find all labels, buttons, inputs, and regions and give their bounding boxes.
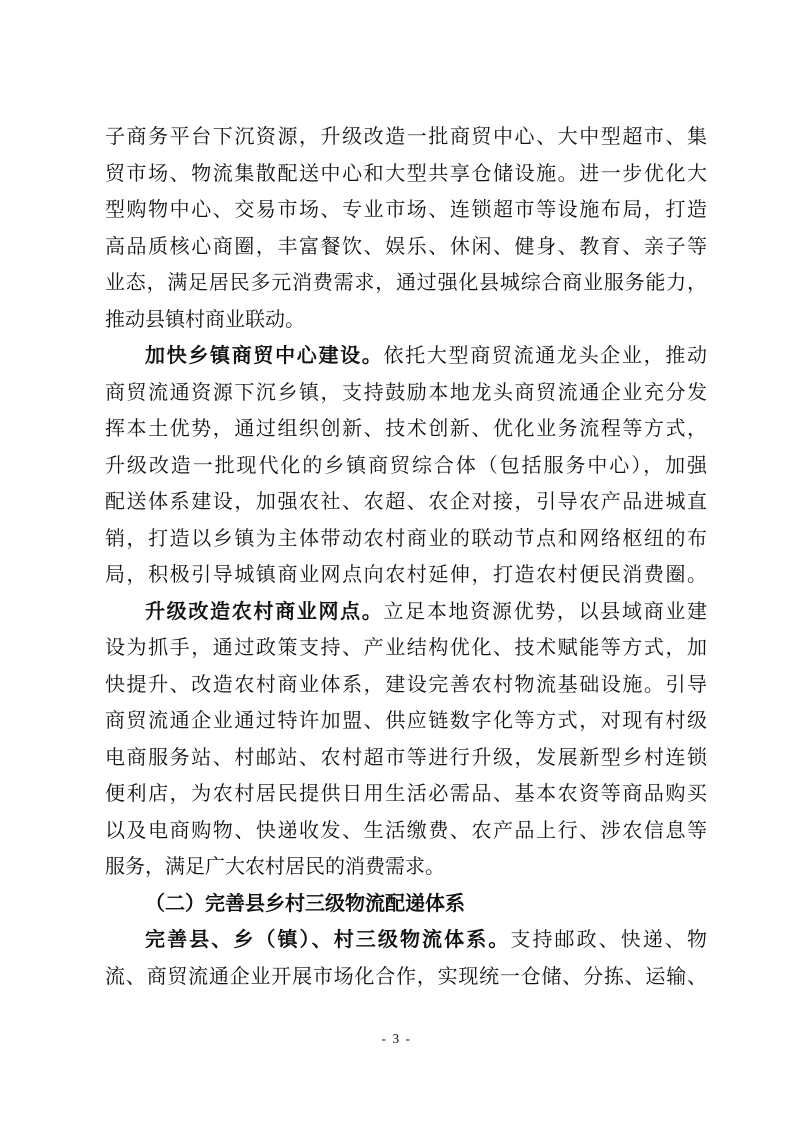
text-run: 子商务平台下沉资源，升级改造一批商贸中心、大中型超市、集 [105,126,707,148]
text-line: 型购物中心、交易市场、专业市场、连锁超市等设施布局，打造 [105,192,707,229]
text-run: 业态，满足居民多元消费需求，通过强化县城综合商业服务能力， [105,272,707,294]
text-line: 设为抓手，通过政策支持、产业结构优化、技术赋能等方式，加 [105,630,707,667]
bold-run: 完善县、乡（镇）、村三级物流体系。 [145,929,510,951]
document-page: 子商务平台下沉资源，升级改造一批商贸中心、大中型超市、集贸市场、物流集散配送中心… [0,0,793,1122]
text-line: 配送体系建设，加强农社、农超、农企对接，引导农产品进城直 [105,484,707,521]
text-line: 加快乡镇商贸中心建设。依托大型商贸流通龙头企业，推动 [105,338,707,375]
text-run: 推动县镇村商业联动。 [105,309,305,331]
text-run: 贸市场、物流集散配送中心和大型共享仓储设施。进一步优化大 [105,163,707,185]
text-run: 以及电商购物、快递收发、生活缴费、农产品上行、涉农信息等 [105,820,707,842]
bold-run: 升级改造农村商业网点。 [145,601,383,623]
text-line: 便利店，为农村居民提供日用生活必需品、基本农资等商品购买 [105,776,707,813]
bold-run: （二）完善县乡村三级物流配递体系 [145,893,465,915]
text-line: 以及电商购物、快递收发、生活缴费、农产品上行、涉农信息等 [105,813,707,850]
text-run: 电商服务站、村邮站、农村超市等进行升级，发展新型乡村连锁 [105,747,707,769]
text-run: 挥本土优势，通过组织创新、技术创新、优化业务流程等方式， [105,418,707,440]
text-run: 商贸流通企业通过特许加盟、供应链数字化等方式，对现有村级 [105,710,707,732]
text-run: 高品质核心商圈，丰富餐饮、娱乐、休闲、健身、教育、亲子等 [105,236,707,258]
text-run: 便利店，为农村居民提供日用生活必需品、基本农资等商品购买 [105,783,707,805]
text-line: 子商务平台下沉资源，升级改造一批商贸中心、大中型超市、集 [105,119,707,156]
text-run: 立足本地资源优势，以县域商业建 [383,601,707,623]
text-line: 商贸流通资源下沉乡镇，支持鼓励本地龙头商贸流通企业充分发 [105,375,707,412]
text-line: 商贸流通企业通过特许加盟、供应链数字化等方式，对现有村级 [105,703,707,740]
text-line: 推动县镇村商业联动。 [105,302,707,339]
text-line: 局，积极引导城镇商业网点向农村延伸，打造农村便民消费圈。 [105,557,707,594]
text-run: 依托大型商贸流通龙头企业，推动 [383,345,707,367]
text-run: 设为抓手，通过政策支持、产业结构优化、技术赋能等方式，加 [105,637,707,659]
text-run: 商贸流通资源下沉乡镇，支持鼓励本地龙头商贸流通企业充分发 [105,382,707,404]
heading-line: （二）完善县乡村三级物流配递体系 [105,886,707,923]
text-line: 挥本土优势，通过组织创新、技术创新、优化业务流程等方式， [105,411,707,448]
text-line: 流、商贸流通企业开展市场化合作，实现统一仓储、分拣、运输、 [105,959,707,996]
text-line: 升级改造一批现代化的乡镇商贸综合体（包括服务中心），加强 [105,448,707,485]
text-line: 快提升、改造农村商业体系，建设完善农村物流基础设施。引导 [105,667,707,704]
text-line: 业态，满足居民多元消费需求，通过强化县城综合商业服务能力， [105,265,707,302]
bold-run: 加快乡镇商贸中心建设。 [145,345,383,367]
text-run: 升级改造一批现代化的乡镇商贸综合体（包括服务中心），加强 [105,455,707,477]
text-run: 型购物中心、交易市场、专业市场、连锁超市等设施布局，打造 [105,199,707,221]
text-line: 高品质核心商圈，丰富餐饮、娱乐、休闲、健身、教育、亲子等 [105,229,707,266]
page-number: - 3 - [0,1031,793,1047]
text-run: 服务，满足广大农村居民的消费需求。 [105,856,445,878]
text-line: 完善县、乡（镇）、村三级物流体系。支持邮政、快递、物 [105,922,707,959]
text-line: 服务，满足广大农村居民的消费需求。 [105,849,707,886]
text-run: 局，积极引导城镇商业网点向农村延伸，打造农村便民消费圈。 [105,564,707,586]
text-line: 电商服务站、村邮站、农村超市等进行升级，发展新型乡村连锁 [105,740,707,777]
text-run: 快提升、改造农村商业体系，建设完善农村物流基础设施。引导 [105,674,707,696]
document-body: 子商务平台下沉资源，升级改造一批商贸中心、大中型超市、集贸市场、物流集散配送中心… [105,119,707,995]
text-run: 销，打造以乡镇为主体带动农村商业的联动节点和网络枢纽的布 [105,528,707,550]
text-line: 贸市场、物流集散配送中心和大型共享仓储设施。进一步优化大 [105,156,707,193]
text-line: 销，打造以乡镇为主体带动农村商业的联动节点和网络枢纽的布 [105,521,707,558]
text-run: 配送体系建设，加强农社、农超、农企对接，引导农产品进城直 [105,491,707,513]
text-line: 升级改造农村商业网点。立足本地资源优势，以县域商业建 [105,594,707,631]
text-run: 支持邮政、快递、物 [510,929,707,951]
text-run: 流、商贸流通企业开展市场化合作，实现统一仓储、分拣、运输、 [105,966,707,988]
